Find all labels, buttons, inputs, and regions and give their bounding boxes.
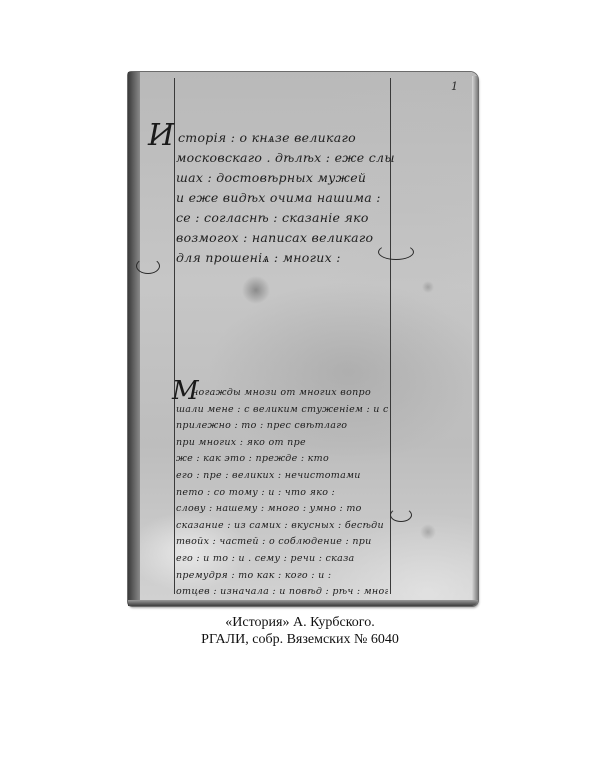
title-left-flourish [136,258,160,274]
manuscript-line: твойх : частей : о соблюдение : при [176,534,388,551]
manuscript-line: возмогох : написах великаго [154,228,419,248]
manuscript-line: сторія : о кнѧзе великаго [154,128,419,148]
figure-caption-title: «История» А. Курбского. [0,614,600,631]
manuscript-line: пето : со тому : и : что яко : [176,485,388,502]
figure-caption-source: РГАЛИ, собр. Вяземских № 6040 [0,631,600,648]
manuscript-line: отцев : изначала : и повѣд : рѣч : много… [176,584,388,601]
manuscript-line: шали мене : с великим стуженіем : и си [176,402,388,419]
body-right-flourish [390,508,412,522]
manuscript-line: премудря : то как : кого : и : [176,568,388,585]
manuscript-line: се : согласнѣ : сказаніе яко [154,208,419,228]
title-end-flourish [378,244,414,260]
folio-number: 1 [451,80,458,93]
manuscript-line: московскаго . дѣлѣх : еже слы [154,148,419,168]
manuscript-line: и еже видѣх очима нашима : [154,188,419,208]
manuscript-line: его : пре : великих : нечистотами [176,468,388,485]
manuscript-line: прилежно : то : прес свѣтлаго [176,418,388,435]
manuscript-line: ногажды мнози от многих вопро [176,385,388,402]
manuscript-title-block: сторія : о кнѧзе великаго московскаго . … [154,128,419,268]
manuscript-line: сказание : из самих : вкусных : бесѣди [176,518,388,535]
book-spine [128,72,140,606]
manuscript-line: при многих : яко от пре [176,435,388,452]
page-bottom-edge [128,600,478,606]
manuscript-line: слову : нашему : много : умно : то [176,501,388,518]
manuscript-body-block: ногажды мнози от многих вопро шали мене … [176,385,388,601]
manuscript-line: же : как это : прежде : кто [176,451,388,468]
page-right-edge [472,76,478,602]
manuscript-line: шах : достовѣрных мужей [154,168,419,188]
manuscript-line: его : и то : и . сему : речи : сказа [176,551,388,568]
manuscript-page-scan: 1 И сторія : о кнѧзе великаго московскаг… [128,72,478,606]
